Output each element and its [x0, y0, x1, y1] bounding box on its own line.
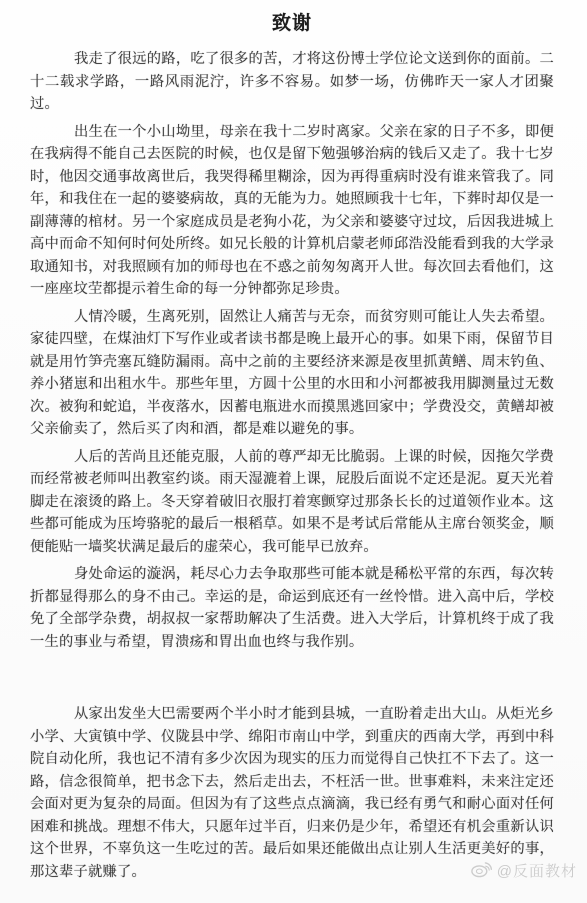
- paragraph-4: 人后的苦尚且还能克服，人前的尊严却无比脆弱。上课的时候，因拖欠学费而经常被老师叫…: [30, 446, 554, 559]
- thesis-acknowledgement-page: 致谢 我走了很远的路，吃了很多的苦，才将这份博士学位论文送到你的面前。二十二载求…: [0, 0, 587, 903]
- paragraph-5: 身处命运的漩涡，耗尽心力去争取那些可能本就是稀松平常的东西，每次转折都显得那么的…: [30, 563, 554, 653]
- paragraph-2: 出生在一个小山坳里，母亲在我十二岁时离家。父亲在家的日子不多，即便在我病得不能自…: [30, 121, 554, 301]
- weibo-watermark: @反面教材: [470, 860, 577, 881]
- paragraph-3: 人情冷暖，生离死别，固然让人痛苦与无奈，而贫穷则可能让人失去希望。家徒四壁，在煤…: [30, 306, 554, 441]
- page-title: 致谢: [30, 13, 554, 35]
- watermark-handle: @反面教材: [497, 860, 577, 881]
- weibo-icon: [470, 859, 493, 878]
- paragraph-1: 我走了很远的路，吃了很多的苦，才将这份博士学位论文送到你的面前。二十二载求学路，…: [30, 48, 554, 116]
- paragraph-6: 从家出发坐大巴需要两个半小时才能到县城，一直盼着走出大山。从炬光乡小学、大寅镇中…: [30, 703, 554, 883]
